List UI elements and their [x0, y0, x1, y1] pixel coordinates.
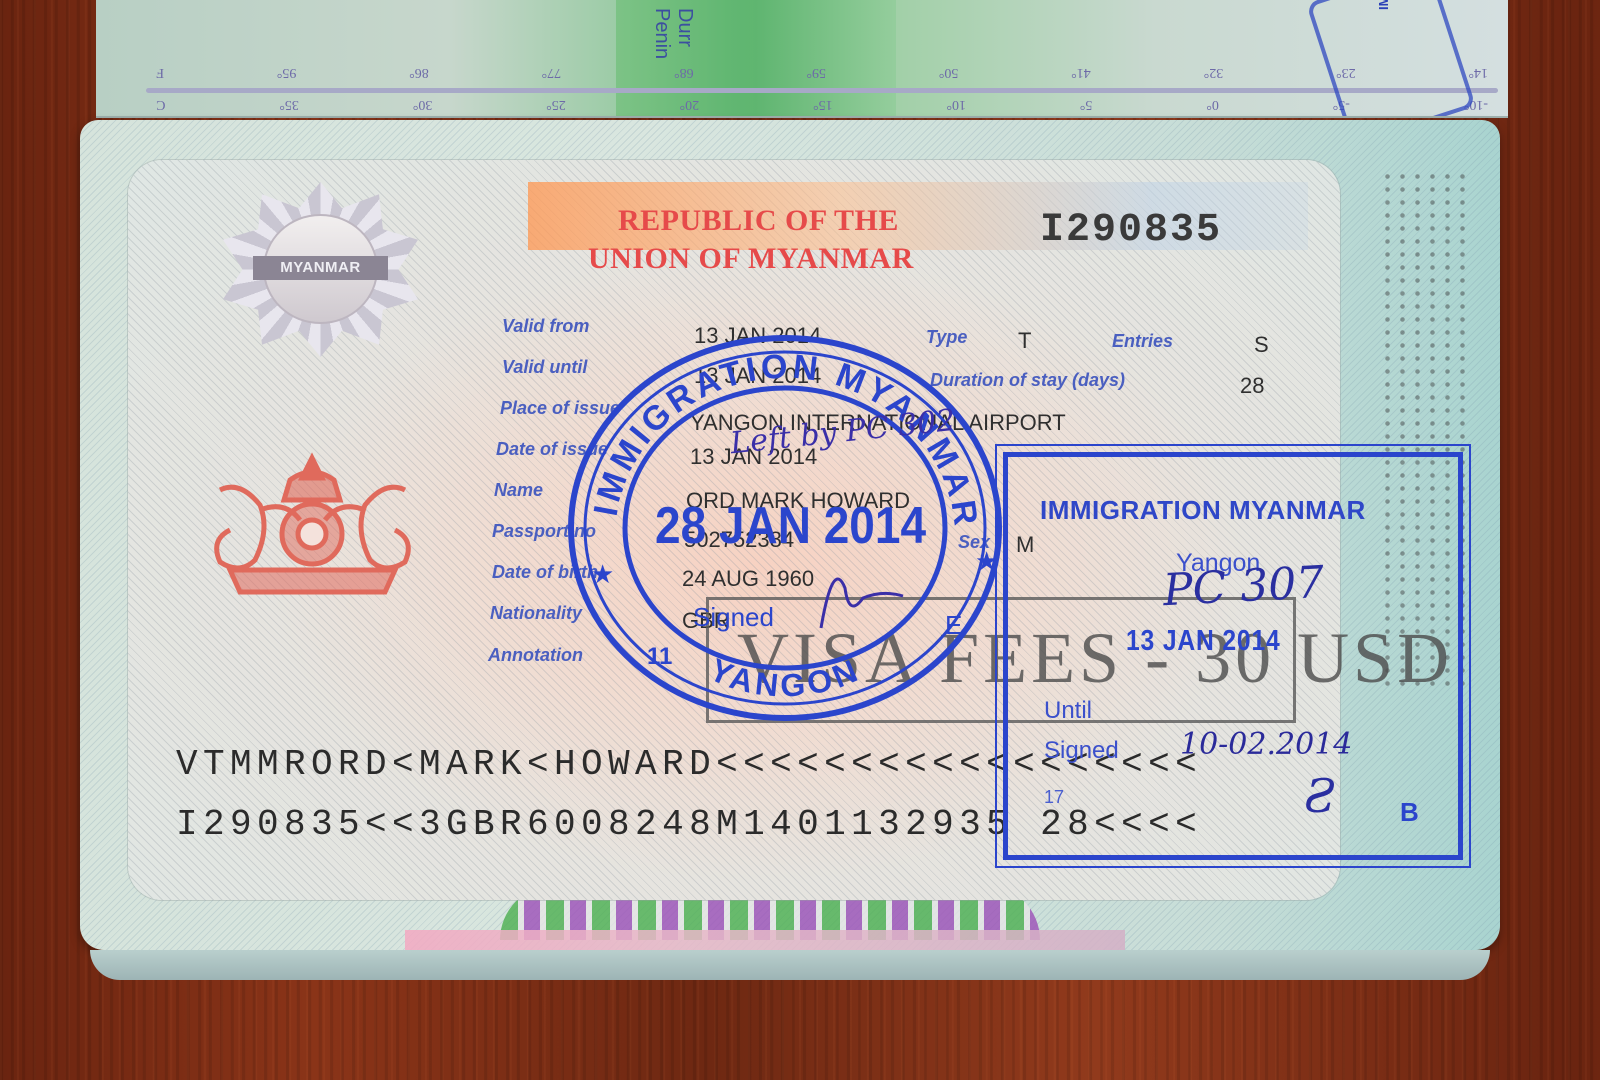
value-duration: 28	[1240, 373, 1264, 399]
scale-tick-label: 35°	[279, 96, 299, 112]
stamp-letter: E	[945, 610, 962, 640]
hologram-seal: MYANMAR	[223, 182, 418, 357]
celsius-scale: -10°-5°0°5°10°15°20°25°30°35°C	[156, 96, 1488, 112]
scale-tick-label: F	[156, 64, 164, 80]
handwritten-initial: Ƨ	[1304, 769, 1336, 823]
stamp-entry-date: 13 JAN 2014	[1126, 625, 1281, 658]
visa-title: REPUBLIC OF THE UNION OF MYANMAR	[618, 202, 914, 278]
previous-stamp-text: IMMIGRATION SIGNED 18 FEB 12	[1376, 0, 1391, 10]
seal-label: MYANMAR	[253, 256, 388, 280]
value-type: T	[1018, 328, 1031, 354]
stamp-number: 17	[1044, 787, 1064, 808]
rectangular-immigration-stamp: IMMIGRATION MYANMAR Yangon PC 307 13 JAN…	[1003, 452, 1463, 860]
coat-of-arms-icon	[200, 450, 425, 600]
stamp-until-label: Until	[1044, 697, 1092, 725]
title-line-2: UNION OF MYANMAR	[588, 240, 914, 278]
scale-tick-label: 30°	[413, 96, 433, 112]
label-name: Name	[494, 480, 543, 501]
scale-tick-label: 14°	[1468, 64, 1488, 80]
star-icon: ★	[975, 546, 998, 576]
title-line-1: REPUBLIC OF THE	[618, 202, 914, 240]
stamp-signed-label: Signed	[1044, 737, 1119, 765]
stamp-date: 28 JAN 2014	[655, 498, 926, 555]
signature-scribble	[821, 579, 903, 628]
scale-tick-label: 95°	[277, 64, 297, 80]
stamp-title: IMMIGRATION MYANMAR	[1040, 495, 1366, 526]
stamp-series-letter: B	[1400, 797, 1419, 828]
previous-passport-page: Durr Penin 14°23°32°41°50°59°68°77°86°95…	[96, 0, 1508, 118]
round-immigration-stamp: IMMIGRATION MYANMAR YANGON ★ ★ 28 JAN 20…	[563, 328, 1007, 724]
star-icon: ★	[591, 559, 614, 589]
visa-number: I290835	[1040, 208, 1222, 253]
handwritten-officer-code: PC 307	[1162, 557, 1326, 616]
scale-tick-label: 15°	[813, 96, 833, 112]
stamp-signed-label: Signed	[693, 602, 774, 632]
page-edge	[90, 950, 1490, 980]
scale-tick-label: 41°	[1071, 64, 1091, 80]
scale-tick-label: 10°	[946, 96, 966, 112]
stamp-number: 11	[647, 643, 672, 670]
scale-tick-label: 59°	[806, 64, 826, 80]
temperature-scale-line	[146, 88, 1498, 93]
handwritten-until-date: 10-02.2014	[1180, 727, 1352, 762]
value-entries: S	[1254, 332, 1269, 358]
label-entries: Entries	[1112, 331, 1173, 352]
scale-tick-label: 77°	[542, 64, 562, 80]
scale-tick-label: 25°	[546, 96, 566, 112]
scale-tick-label: 0°	[1206, 96, 1219, 112]
scale-tick-label: C	[156, 96, 165, 112]
fahrenheit-scale: 14°23°32°41°50°59°68°77°86°95°F	[156, 64, 1488, 80]
scale-tick-label: 68°	[674, 64, 694, 80]
scale-tick-label: 5°	[1080, 96, 1093, 112]
scale-tick-label: 32°	[1204, 64, 1224, 80]
scale-tick-label: 50°	[939, 64, 959, 80]
scale-tick-label: 20°	[680, 96, 700, 112]
scale-tick-label: 86°	[409, 64, 429, 80]
